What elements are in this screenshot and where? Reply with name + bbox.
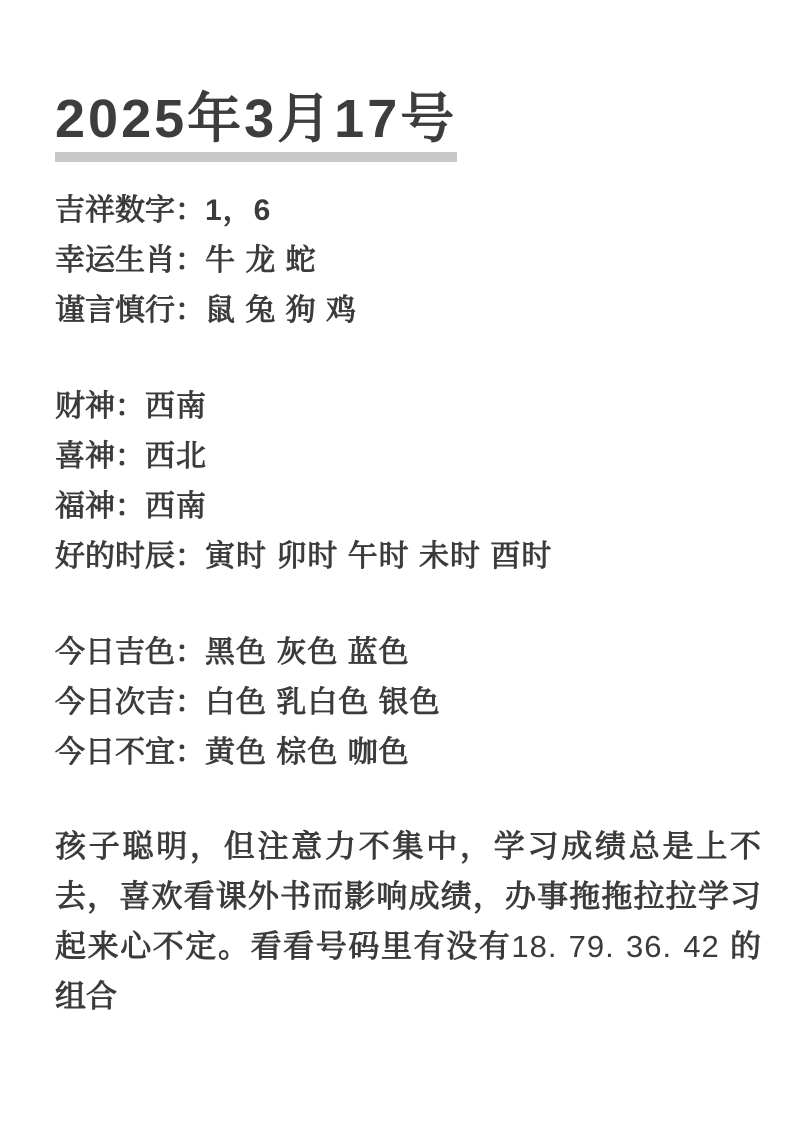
joy-god-value: 西北 [145,440,207,473]
unsuitable-color-row: 今日不宜：黄色 棕色 咖色 [55,728,755,778]
caution-zodiac-row: 谨言慎行：鼠 兔 狗 鸡 [55,286,755,336]
fortune-card: 2025年3月17号 吉祥数字：1，6 幸运生肖：牛 龙 蛇 谨言慎行：鼠 兔 … [0,0,800,1128]
good-hours-row: 好的时辰：寅时 卯时 午时 未时 酉时 [55,532,755,582]
good-hours-label: 好的时辰： [55,540,205,573]
lucky-numbers-value: 1，6 [205,194,271,227]
page-title: 2025年3月17号 [55,88,457,162]
wealth-god-value: 西南 [145,390,207,423]
caution-zodiac-label: 谨言慎行： [55,294,205,327]
section-deities: 财神：西南 喜神：西北 福神：西南 好的时辰：寅时 卯时 午时 未时 酉时 [55,382,755,582]
joy-god-label: 喜神： [55,440,145,473]
wealth-god-label: 财神： [55,390,145,423]
paragraph-number-combo: 18. 79. 36. 42 [511,929,719,964]
unsuitable-color-label: 今日不宜： [55,736,205,769]
auspicious-color-row: 今日吉色：黑色 灰色 蓝色 [55,628,755,678]
joy-god-row: 喜神：西北 [55,432,755,482]
secondary-color-value: 白色 乳白色 银色 [205,686,441,719]
secondary-color-label: 今日次吉： [55,686,205,719]
unsuitable-color-value: 黄色 棕色 咖色 [205,736,410,769]
lucky-zodiac-label: 幸运生肖： [55,244,205,277]
lucky-zodiac-row: 幸运生肖：牛 龙 蛇 [55,236,755,286]
fortune-god-label: 福神： [55,490,145,523]
caution-zodiac-value: 鼠 兔 狗 鸡 [205,294,357,327]
auspicious-color-label: 今日吉色： [55,636,205,669]
section-lucky: 吉祥数字：1，6 幸运生肖：牛 龙 蛇 谨言慎行：鼠 兔 狗 鸡 [55,186,755,336]
good-hours-value: 寅时 卯时 午时 未时 酉时 [205,540,552,573]
secondary-color-row: 今日次吉：白色 乳白色 银色 [55,678,755,728]
auspicious-color-value: 黑色 灰色 蓝色 [205,636,410,669]
wealth-god-row: 财神：西南 [55,382,755,432]
lucky-zodiac-value: 牛 龙 蛇 [205,244,317,277]
fortune-god-row: 福神：西南 [55,482,755,532]
lucky-numbers-row: 吉祥数字：1，6 [55,186,755,236]
section-colors: 今日吉色：黑色 灰色 蓝色 今日次吉：白色 乳白色 银色 今日不宜：黄色 棕色 … [55,628,755,778]
fortune-paragraph: 孩子聪明，但注意力不集中，学习成绩总是上不去，喜欢看课外书而影响成绩，办事拖拖拉… [55,822,761,1022]
fortune-god-value: 西南 [145,490,207,523]
lucky-numbers-label: 吉祥数字： [55,194,205,227]
